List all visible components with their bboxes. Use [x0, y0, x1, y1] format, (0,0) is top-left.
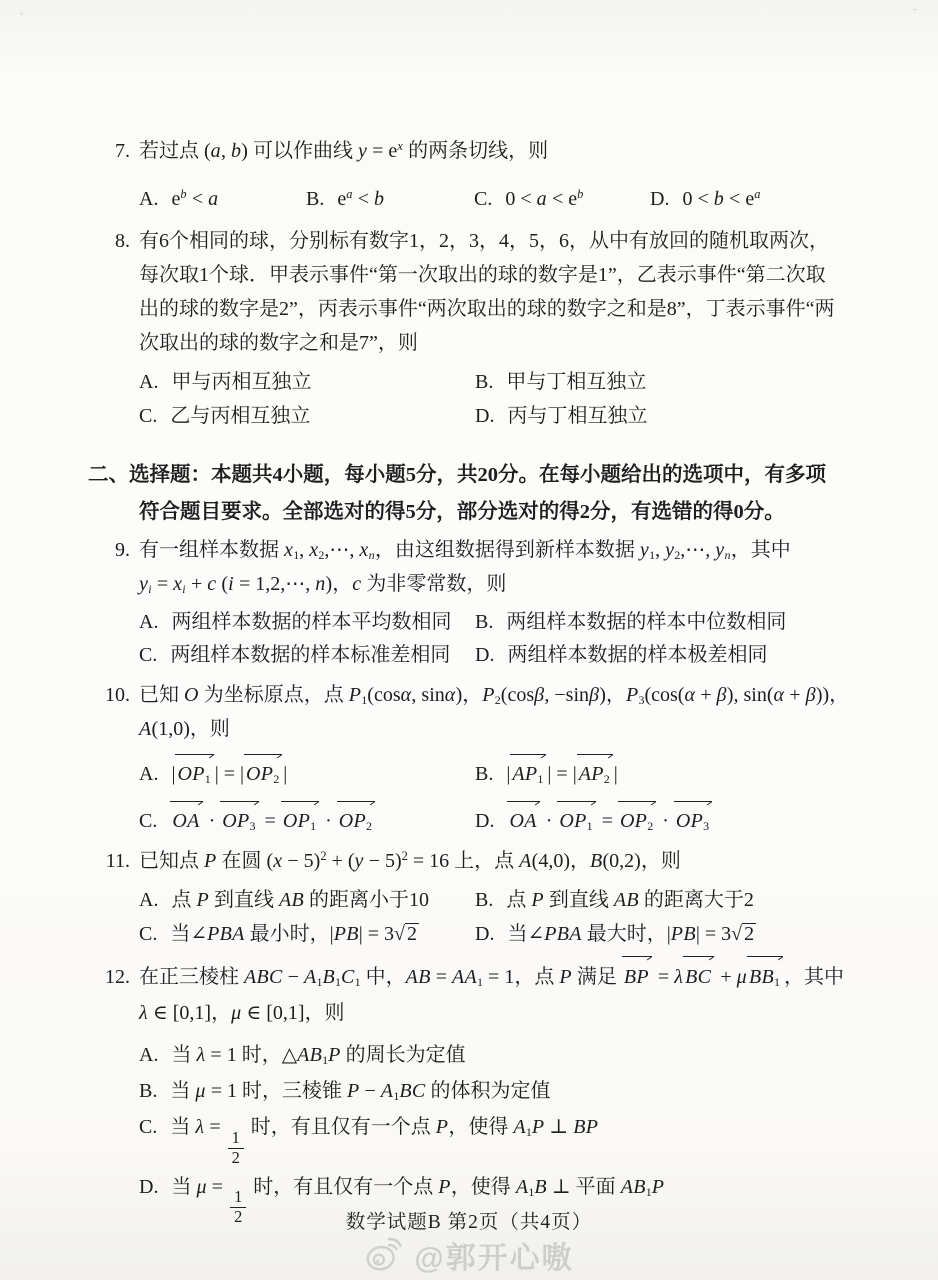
option-text: 两组样本数据的样本极差相同: [507, 644, 767, 666]
options: A.eb < aB.ea < bC.0 < a < ebD.0 < b < ea: [139, 182, 894, 216]
option-label: B.: [475, 889, 493, 911]
option-text: 乙与丙相互独立: [170, 405, 310, 427]
option-D: D.0 < b < ea: [650, 182, 894, 216]
stem-text: 有一组样本数据 x1, x2,⋯, xn，由这组数据得到新样本数据 y1, y2…: [139, 539, 791, 561]
option-A: A.点 P 到直线 AB 的距离小于10: [139, 883, 475, 917]
option-label: C.: [139, 1116, 157, 1138]
question-12: 12.在正三棱柱 ABC − A1B1C1 中，AB = AA1 = 1，点 P…: [90, 957, 894, 1227]
option-label: C.: [139, 405, 157, 427]
option-label: B.: [475, 763, 493, 785]
options: A.|OP1| = |OP2|B.|AP1| = |AP2|C.OA · OP3…: [139, 751, 894, 838]
option-label: C.: [474, 188, 492, 210]
option-text: |OP1| = |OP2|: [171, 763, 287, 785]
stem-continued: λ ∈ [0,1]，μ ∈ [0,1]，则: [139, 995, 894, 1031]
option-D: D.OA · OP1 = OP2 · OP3: [475, 798, 894, 838]
option-C: C.0 < a < eb: [474, 182, 650, 216]
option-text: OA · OP1 = OP2 · OP3: [507, 810, 713, 832]
options: A.当 λ = 1 时，△AB1P 的周长为定值B.当 μ = 1 时，三棱锥 …: [139, 1036, 894, 1227]
option-text: 两组样本数据的样本标准差相同: [170, 644, 450, 666]
option-label: A.: [139, 1044, 158, 1066]
option-B: B.|AP1| = |AP2|: [475, 751, 894, 791]
option-text: 两组样本数据的样本平均数相同: [171, 611, 451, 633]
question-number: 9.: [90, 533, 130, 567]
option-A: A.两组样本数据的样本平均数相同: [139, 606, 475, 639]
option-C: C.两组样本数据的样本标准差相同: [139, 639, 475, 672]
option-B: B.ea < b: [306, 182, 474, 216]
stem-line: 11.已知点 P 在圆 (x − 5)2 + (y − 5)2 = 16 上，点…: [90, 844, 894, 878]
option-text: 当∠PBA 最大时，|PB| = 3√2: [507, 923, 756, 945]
section-header: 二、选择题：本题共4小题，每小题5分，共20分。在每小题给出的选项中，有多项符合…: [88, 457, 894, 531]
stem-line: 8.有6个相同的球，分别标有数字1，2，3，4，5，6，从中有放回的随机取两次，: [90, 224, 894, 258]
option-text: 甲与丙相互独立: [171, 371, 311, 393]
stem-continued: 次取出的球的数字之和是7”，则: [139, 326, 894, 360]
crop-mark: +: [18, 6, 25, 22]
option-C: C.当∠PBA 最小时，|PB| = 3√2: [139, 917, 475, 951]
option-B: B.甲与丁相互独立: [475, 365, 894, 399]
option-text: 0 < b < ea: [682, 188, 760, 210]
option-text: 两组样本数据的样本中位数相同: [506, 611, 786, 633]
stem-text: 若过点 (a, b) 可以作曲线 y = ex 的两条切线，则: [139, 140, 548, 162]
watermark-handle: @郭开心嗷: [414, 1233, 573, 1277]
option-C: C.OA · OP3 = OP1 · OP2: [139, 798, 475, 838]
option-text: ea < b: [337, 188, 384, 210]
option-label: A.: [139, 611, 158, 633]
option-label: A.: [139, 188, 158, 210]
stem-line: 12.在正三棱柱 ABC − A1B1C1 中，AB = AA1 = 1，点 P…: [90, 957, 894, 995]
weibo-icon: [360, 1228, 412, 1280]
question-10: 10.已知 O 为坐标原点，点 P1(cosα, sinα)，P2(cosβ, …: [90, 678, 894, 838]
option-C: C.乙与丙相互独立: [139, 399, 475, 433]
option-label: C.: [139, 810, 157, 832]
question-number: 10.: [90, 678, 130, 712]
option-label: C.: [139, 923, 157, 945]
question-7: 7.若过点 (a, b) 可以作曲线 y = ex 的两条切线，则A.eb < …: [90, 134, 894, 216]
option-B: B.点 P 到直线 AB 的距离大于2: [475, 883, 894, 917]
option-label: A.: [139, 371, 158, 393]
option-label: B.: [139, 1080, 157, 1102]
question-11: 11.已知点 P 在圆 (x − 5)2 + (y − 5)2 = 16 上，点…: [90, 844, 894, 951]
question-9: 9.有一组样本数据 x1, x2,⋯, xn，由这组数据得到新样本数据 y1, …: [90, 533, 894, 672]
option-label: D.: [475, 810, 494, 832]
option-text: 点 P 到直线 AB 的距离大于2: [506, 889, 754, 911]
stem-text: 已知 O 为坐标原点，点 P1(cosα, sinα)，P2(cosβ, −si…: [139, 684, 849, 706]
section-line: 二、选择题：本题共4小题，每小题5分，共20分。在每小题给出的选项中，有多项: [88, 457, 894, 494]
option-label: D.: [139, 1176, 158, 1198]
option-label: B.: [475, 371, 493, 393]
option-label: B.: [475, 611, 493, 633]
question-number: 7.: [90, 134, 130, 168]
option-D: D.两组样本数据的样本极差相同: [475, 639, 894, 672]
stem-line: 10.已知 O 为坐标原点，点 P1(cosα, sinα)，P2(cosβ, …: [90, 678, 894, 712]
option-text: 0 < a < eb: [505, 188, 583, 210]
stem-line: 7.若过点 (a, b) 可以作曲线 y = ex 的两条切线，则: [90, 134, 894, 168]
stem-continued: A(1,0)，则: [139, 712, 894, 746]
watermark: @郭开心嗷: [0, 1232, 938, 1277]
option-text: 甲与丁相互独立: [506, 371, 646, 393]
option-A: A.甲与丙相互独立: [139, 365, 475, 399]
option-A: A.当 λ = 1 时，△AB1P 的周长为定值: [139, 1036, 894, 1072]
option-text: 丙与丁相互独立: [507, 405, 647, 427]
option-label: D.: [475, 923, 494, 945]
option-label: A.: [139, 763, 158, 785]
stem-continued: 出的球的数字是2”，丙表示事件“两次取出的球的数字之和是8”，丁表示事件“两: [139, 292, 894, 326]
option-label: D.: [650, 188, 669, 210]
option-B: B.两组样本数据的样本中位数相同: [475, 606, 894, 639]
question-number: 12.: [90, 959, 130, 995]
option-text: 点 P 到直线 AB 的距离小于10: [171, 889, 429, 911]
option-label: A.: [139, 889, 158, 911]
options: A.两组样本数据的样本平均数相同B.两组样本数据的样本中位数相同C.两组样本数据…: [139, 606, 894, 672]
option-label: C.: [139, 644, 157, 666]
option-B: B.当 μ = 1 时，三棱锥 P − A1BC 的体积为定值: [139, 1072, 894, 1108]
page-footer: 数学试题B 第2页（共4页）: [0, 1206, 938, 1234]
options: A.点 P 到直线 AB 的距离小于10B.点 P 到直线 AB 的距离大于2C…: [139, 883, 894, 951]
option-D: D.丙与丁相互独立: [475, 399, 894, 433]
option-text: 当∠PBA 最小时，|PB| = 3√2: [170, 923, 419, 945]
option-label: D.: [475, 405, 494, 427]
option-text: 当 μ = 1 时，三棱锥 P − A1BC 的体积为定值: [170, 1080, 550, 1102]
option-A: A.|OP1| = |OP2|: [139, 751, 475, 791]
option-text: OA · OP3 = OP1 · OP2: [170, 810, 376, 832]
question-8: 8.有6个相同的球，分别标有数字1，2，3，4，5，6，从中有放回的随机取两次，…: [90, 224, 894, 433]
option-label: D.: [475, 644, 494, 666]
crop-mark: +: [911, 2, 918, 18]
option-text: 当 λ = 1 时，△AB1P 的周长为定值: [171, 1044, 465, 1066]
stem-text: 在正三棱柱 ABC − A1B1C1 中，AB = AA1 = 1，点 P 满足…: [139, 966, 844, 988]
option-C: C.当 λ = 12 时，有且仅有一个点 P，使得 A1P ⊥ BP: [139, 1108, 894, 1168]
option-text: eb < a: [171, 188, 218, 210]
question-number: 11.: [90, 844, 130, 878]
option-text: |AP1| = |AP2|: [506, 763, 617, 785]
exam-page: + + 7.若过点 (a, b) 可以作曲线 y = ex 的两条切线，则A.e…: [0, 0, 938, 1280]
exam-body: 7.若过点 (a, b) 可以作曲线 y = ex 的两条切线，则A.eb < …: [90, 134, 894, 1233]
option-A: A.eb < a: [139, 182, 306, 216]
stem-text: 有6个相同的球，分别标有数字1，2，3，4，5，6，从中有放回的随机取两次，: [139, 230, 829, 252]
option-label: B.: [306, 188, 324, 210]
options: A.甲与丙相互独立B.甲与丁相互独立C.乙与丙相互独立D.丙与丁相互独立: [139, 365, 894, 433]
section-line: 符合题目要求。全部选对的得5分，部分选对的得2分，有选错的得0分。: [139, 494, 894, 531]
stem-continued: yi = xi + c (i = 1,2,⋯, n)，c 为非零常数，则: [139, 567, 894, 601]
option-text: 当 μ = 12 时，有且仅有一个点 P，使得 A1B ⊥ 平面 AB1P: [171, 1176, 664, 1198]
stem-continued: 每次取1个球．甲表示事件“第一次取出的球的数字是1”，乙表示事件“第二次取: [139, 258, 894, 292]
option-D: D.当∠PBA 最大时，|PB| = 3√2: [475, 917, 894, 951]
stem-text: 已知点 P 在圆 (x − 5)2 + (y − 5)2 = 16 上，点 A(…: [139, 850, 681, 872]
question-number: 8.: [90, 224, 130, 258]
option-text: 当 λ = 12 时，有且仅有一个点 P，使得 A1P ⊥ BP: [170, 1116, 598, 1138]
stem-line: 9.有一组样本数据 x1, x2,⋯, xn，由这组数据得到新样本数据 y1, …: [90, 533, 894, 567]
